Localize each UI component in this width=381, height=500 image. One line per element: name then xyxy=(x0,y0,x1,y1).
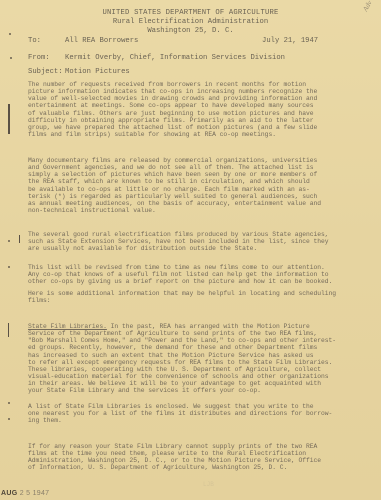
margin-mark xyxy=(10,57,12,59)
margin-mark xyxy=(8,240,10,242)
paragraph-intro: The number of requests received from bor… xyxy=(28,81,344,138)
paragraph-contact: If for any reason your State Film Librar… xyxy=(28,443,344,472)
paragraph-documentary: Many documentary films are released by c… xyxy=(28,157,344,214)
header-agency: Rural Electrification Administration xyxy=(0,18,381,26)
subject-value: Motion Pictures xyxy=(65,68,130,76)
paragraph-additional-info: Here is some additional information that… xyxy=(28,290,344,304)
date-received-stamp: AUG 2 5 1947 xyxy=(1,490,49,497)
paragraph-state-film-libraries: State Film Libraries. In the past, REA h… xyxy=(28,323,344,395)
paragraph-state-agencies: The several good rural electrification f… xyxy=(28,231,344,252)
header-address: Washington 25, D. C. xyxy=(0,27,381,35)
stamp-month: AUG xyxy=(1,490,17,497)
subject-label: Subject: xyxy=(28,68,63,76)
state-film-libraries-body: In the past, REA has arranged with the M… xyxy=(28,323,336,394)
to-value: All REA Borrowers xyxy=(65,37,138,45)
margin-bracket-mark xyxy=(8,323,9,337)
to-label: To: xyxy=(28,37,41,45)
stamp-date: 2 5 1947 xyxy=(20,490,50,497)
margin-bracket-mark xyxy=(19,235,20,243)
paragraph-list-enclosed: A list of State Film Libraries is enclos… xyxy=(28,403,344,424)
memo-date: July 21, 1947 xyxy=(262,37,318,45)
margin-mark xyxy=(8,266,10,268)
header-department: UNITED STATES DEPARTMENT OF AGRICULTURE xyxy=(0,9,381,17)
memo-page: UNITED STATES DEPARTMENT OF AGRICULTURE … xyxy=(0,0,381,500)
paragraph-revisions: This list will be revised from time to t… xyxy=(28,264,344,285)
from-value: Kermit Overby, Chief, Information Servic… xyxy=(65,54,285,62)
margin-mark xyxy=(9,33,11,35)
from-label: From: xyxy=(28,54,50,62)
faint-initials: LJB xyxy=(203,481,214,488)
margin-mark xyxy=(8,418,10,420)
state-film-libraries-heading: State Film Libraries. xyxy=(28,323,107,330)
margin-mark xyxy=(8,402,10,404)
margin-bracket-mark xyxy=(8,104,10,134)
